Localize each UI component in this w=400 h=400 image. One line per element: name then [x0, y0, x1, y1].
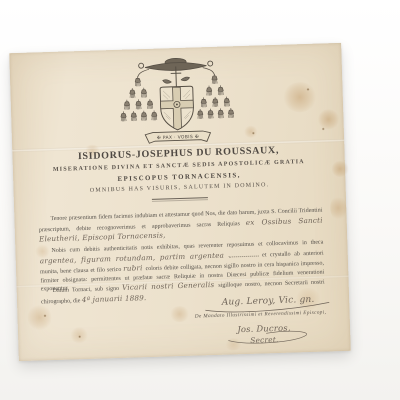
blank-line — [228, 250, 258, 257]
foxing-stain — [282, 82, 317, 113]
foxing-stain — [317, 109, 340, 130]
ink-speck — [252, 132, 255, 135]
ink-speck — [78, 335, 81, 338]
handwritten-signatory: Vicarii nostri Generalis — [122, 280, 219, 292]
motto-ribbon: ✠ PAX · VOBIS ✠ — [145, 131, 211, 144]
heading-divider — [152, 197, 208, 202]
certificate-paper: ✠ PAX · VOBIS ✠ ISIDORUS-JOSEPHUS DU ROU… — [9, 43, 351, 361]
tassels-right-icon — [196, 73, 233, 119]
foxing-stain — [70, 327, 88, 344]
episcopal-coat-of-arms-icon: ✠ PAX · VOBIS ✠ — [105, 52, 248, 152]
foxing-stain — [330, 195, 347, 221]
shield-icon — [160, 86, 194, 130]
handwritten-color-entry: rubri — [123, 263, 146, 273]
document-photo: ✠ PAX · VOBIS ✠ ISIDORUS-JOSEPHUS DU ROU… — [0, 0, 400, 400]
handwritten-date: 4ª januarii 1889. — [82, 293, 147, 304]
secretary-flourish-icon — [218, 326, 315, 347]
tassels-left-icon — [120, 76, 157, 122]
ink-speck — [43, 314, 46, 317]
ink-speck — [306, 88, 309, 91]
ink-speck — [322, 127, 325, 130]
foxing-stain — [27, 304, 52, 331]
